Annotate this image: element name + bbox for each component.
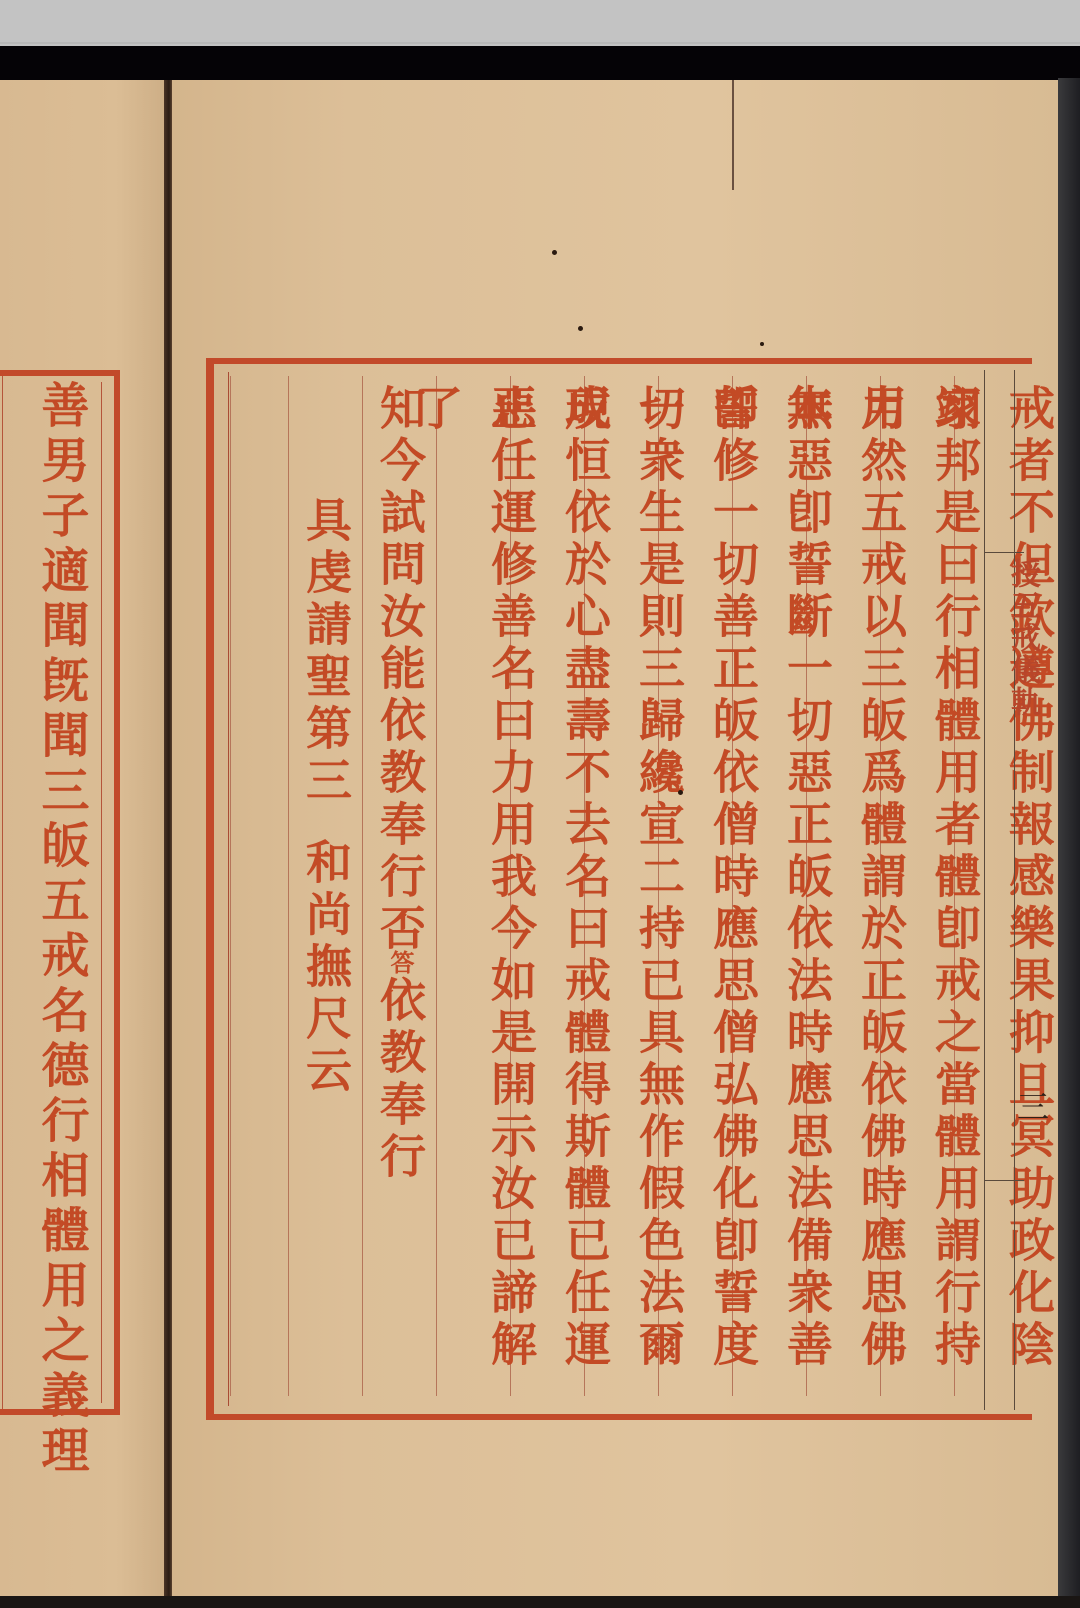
fold-rule <box>984 370 985 1410</box>
fold-tick <box>984 552 1024 553</box>
scan-border-bottom <box>0 1596 1080 1608</box>
right-page: 戒者不但欽遵佛制報感樂果抑且冥助政化陰翊 家邦是曰行相體用者體卽戒之當體用謂行持… <box>172 80 1060 1598</box>
scan-border-right <box>1058 78 1080 1608</box>
ink-spot <box>760 342 764 346</box>
fold-tick <box>984 1180 1024 1181</box>
ink-spot <box>578 326 583 331</box>
text-column-8: 惡任運修善名曰力用我今如是開示汝已諦解了 <box>436 376 511 1396</box>
inner-frame-rule <box>228 372 229 1406</box>
text-column-9: 知今試問汝能依教奉行否 答 依教奉行 <box>362 376 437 1396</box>
text-column-10: 具虔請聖第三 和尚撫尺云 <box>288 376 363 1396</box>
instruction-text: 和尚撫尺云 <box>289 838 363 1098</box>
right-page-frame: 戒者不但欽遵佛制報感樂果抑且冥助政化陰翊 家邦是曰行相體用者體卽戒之當體用謂行持… <box>206 358 1032 1420</box>
ink-spot <box>678 790 683 795</box>
ink-spot <box>552 250 557 255</box>
fold-rule <box>1014 370 1015 1410</box>
paper-crack <box>732 80 734 190</box>
margin-page-number: 三 <box>1008 1090 1054 1122</box>
viewer-top-bar <box>0 0 1080 44</box>
left-page: 善男子適聞旣聞三皈五戒名德行相體用之義理 <box>0 80 166 1598</box>
margin-book-title: 授五戒儀軌 <box>1000 558 1044 718</box>
inner-frame-rule <box>101 382 102 1403</box>
section-heading: 具虔請聖第三 <box>289 496 363 808</box>
answer-text: 依教奉行 <box>363 976 437 1184</box>
answer-label: 答 <box>363 950 437 976</box>
column-rule <box>2 376 3 1409</box>
text-column-11-empty <box>230 376 289 1396</box>
column-text: 知今試問汝能依教奉行否 <box>363 384 437 956</box>
scan-border-top <box>0 46 1080 80</box>
left-page-column-text: 善男子適聞旣聞三皈五戒名德行相體用之義理 <box>24 380 98 1480</box>
